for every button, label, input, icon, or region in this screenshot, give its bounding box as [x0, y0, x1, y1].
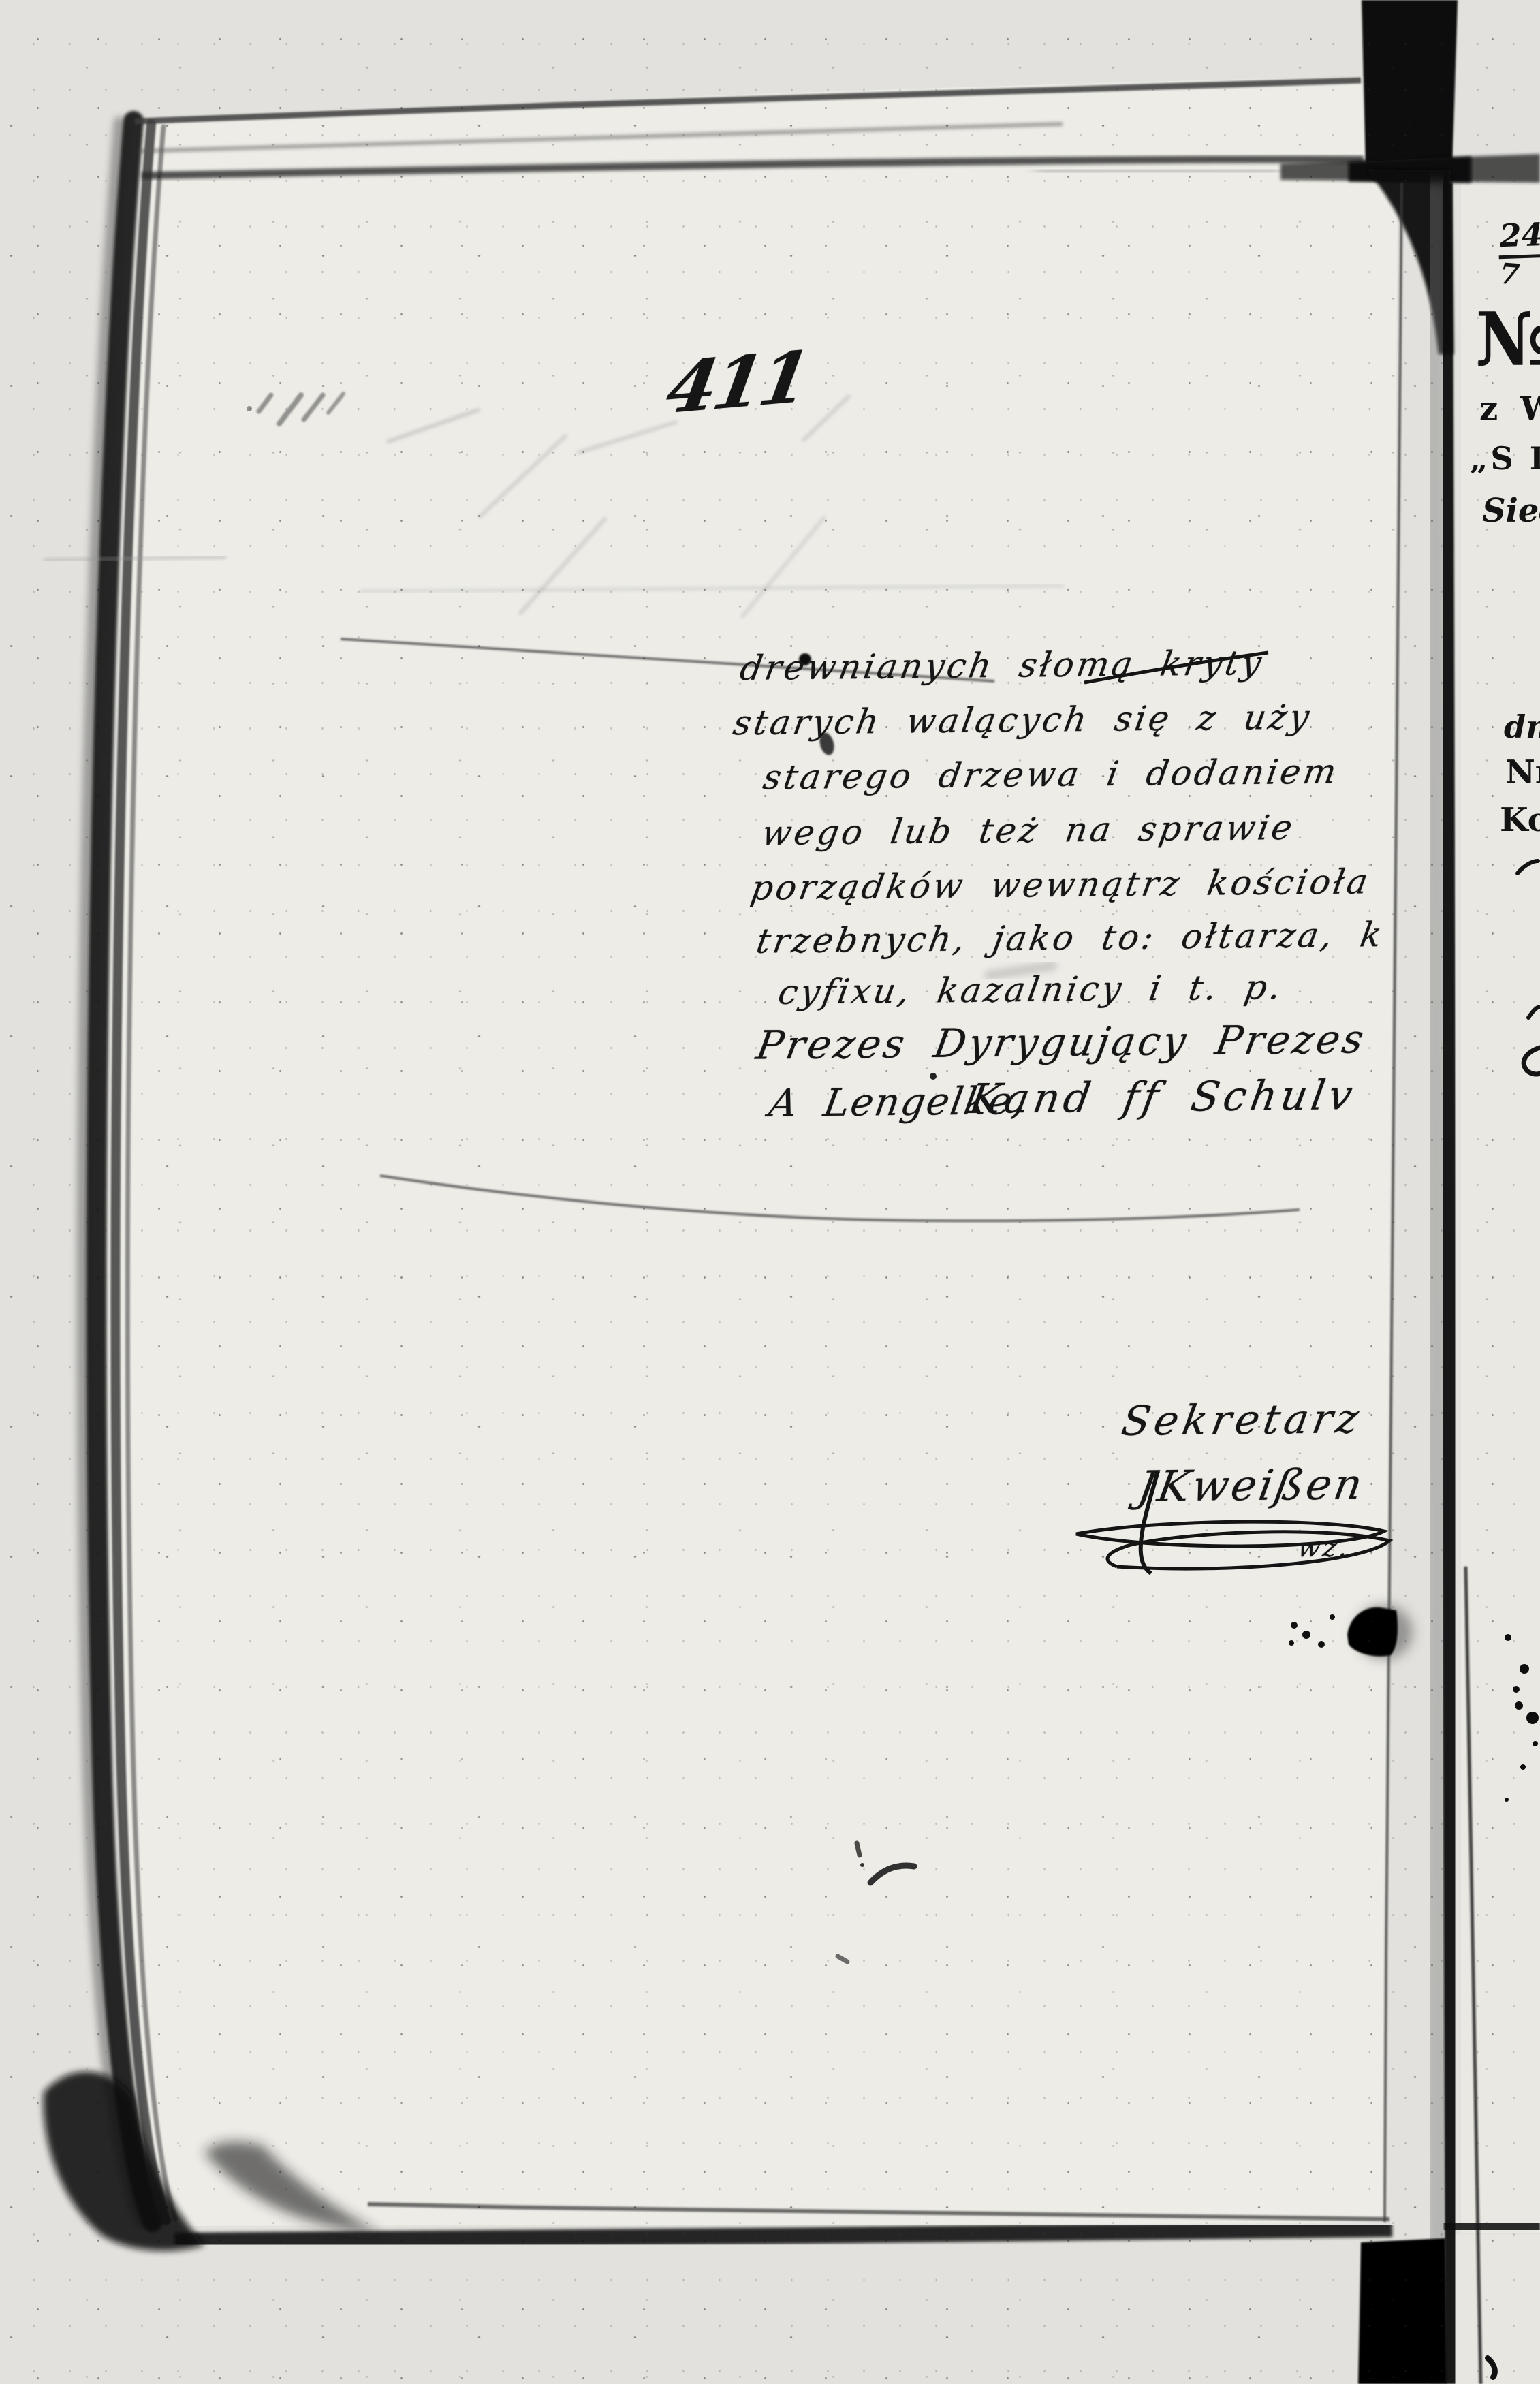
secretary-note: wz.: [1295, 1533, 1353, 1563]
printed-fragment: z W: [1479, 390, 1540, 428]
manuscript-line: cyfixu, kazalnicy i t. p.: [776, 967, 1287, 1012]
manuscript-line: wego lub też na sprawie: [759, 808, 1298, 853]
secretary-signature: JKweißen: [1135, 1459, 1369, 1511]
printed-fragment: Sied: [1482, 492, 1540, 530]
number-header: №: [1475, 297, 1540, 383]
marginal-fraction-numerator: 24: [1498, 216, 1540, 259]
officials-line: Prezes Dyrygujący Prezes: [753, 1016, 1370, 1068]
marginal-fraction: 24 7: [1494, 215, 1540, 294]
left-page-content: 411 drewnianych słomą kryty starych walą…: [0, 0, 1398, 2384]
signature-president-right: Kand ff Schulv: [967, 1071, 1360, 1123]
manuscript-line: starego drzewa i dodaniem: [760, 752, 1342, 798]
printed-fragment: dni: [1504, 708, 1540, 745]
manuscript-line: trzebnych, jako to: ołtarza, k: [753, 915, 1387, 961]
archival-scan: 411 drewnianych słomą kryty starych walą…: [0, 0, 1540, 2384]
manuscript-line: starych walących się z uży: [730, 697, 1315, 743]
marginal-fraction-denominator: 7: [1498, 257, 1540, 293]
printed-fragment: „S I: [1470, 440, 1540, 477]
manuscript-line: drewnianych słomą kryty: [738, 643, 1268, 688]
printed-fragment: Ko: [1500, 801, 1540, 839]
manuscript-line: porządków wewnątrz kościoła: [748, 862, 1373, 907]
secretary-title: Sekretarz: [1118, 1395, 1366, 1445]
printed-fragment: Nr: [1505, 753, 1540, 791]
folio-number: 411: [661, 335, 812, 430]
